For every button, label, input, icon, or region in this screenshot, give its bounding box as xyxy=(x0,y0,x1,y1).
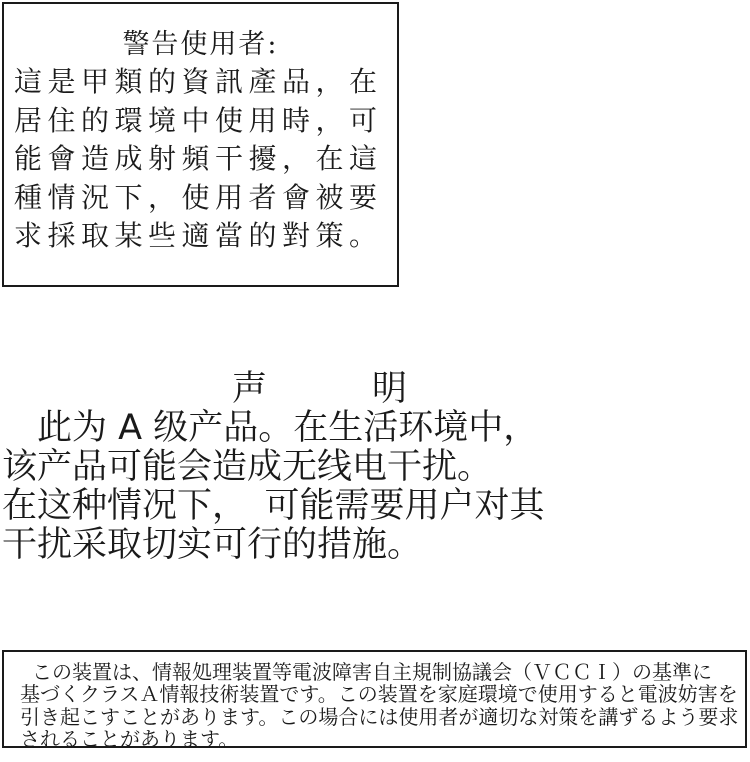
china-statement-line: 该产品可能会造成无线电干扰。 xyxy=(2,448,642,487)
japan-vcci-line: されることがあります。 xyxy=(20,728,737,750)
china-statement-line: 在这种情况下， 可能需要用户对其 xyxy=(2,487,642,526)
taiwan-warning-title: 警告使用者: xyxy=(4,30,397,60)
taiwan-warning-line: 這是甲類的資訊產品，在 xyxy=(14,63,397,102)
japan-vcci-line: 基づくクラスＡ情報技術装置です。この装置を家庭環境で使用すると電波妨害を xyxy=(20,683,737,705)
taiwan-warning-line: 居住的環境中使用時，可 xyxy=(14,102,397,141)
china-statement-line: 干扰采取切实可行的措施。 xyxy=(2,526,642,565)
taiwan-warning-line: 求採取某些適當的對策。 xyxy=(14,217,397,256)
regulatory-notices-page: 警告使用者: 這是甲類的資訊產品，在 居住的環境中使用時，可 能會造成射頻干擾，… xyxy=(0,0,750,762)
japan-vcci-line: 引き起こすことがあります。この場合には使用者が適切な対策を講ずるよう要求 xyxy=(20,706,737,728)
china-statement-line: 此为 A 级产品。在生活环境中， xyxy=(2,409,642,448)
china-class-a-statement: 声 明 此为 A 级产品。在生活环境中， 该产品可能会造成无线电干扰。 在这种情… xyxy=(2,370,642,565)
japan-vcci-line: この装置は、情報処理装置等電波障害自主規制協議会（ＶＣＣＩ）の基準に xyxy=(20,661,737,683)
taiwan-warning-line: 種情況下，使用者會被要 xyxy=(14,179,397,218)
taiwan-warning-body: 這是甲類的資訊產品，在 居住的環境中使用時，可 能會造成射頻干擾，在這 種情況下… xyxy=(4,63,397,256)
taiwan-warning-line: 能會造成射頻干擾，在這 xyxy=(14,140,397,179)
china-statement-title: 声 明 xyxy=(232,370,642,409)
taiwan-class-a-warning-box: 警告使用者: 這是甲類的資訊產品，在 居住的環境中使用時，可 能會造成射頻干擾，… xyxy=(2,2,399,287)
japan-vcci-notice-box: この装置は、情報処理装置等電波障害自主規制協議会（ＶＣＣＩ）の基準に 基づくクラ… xyxy=(2,650,747,748)
